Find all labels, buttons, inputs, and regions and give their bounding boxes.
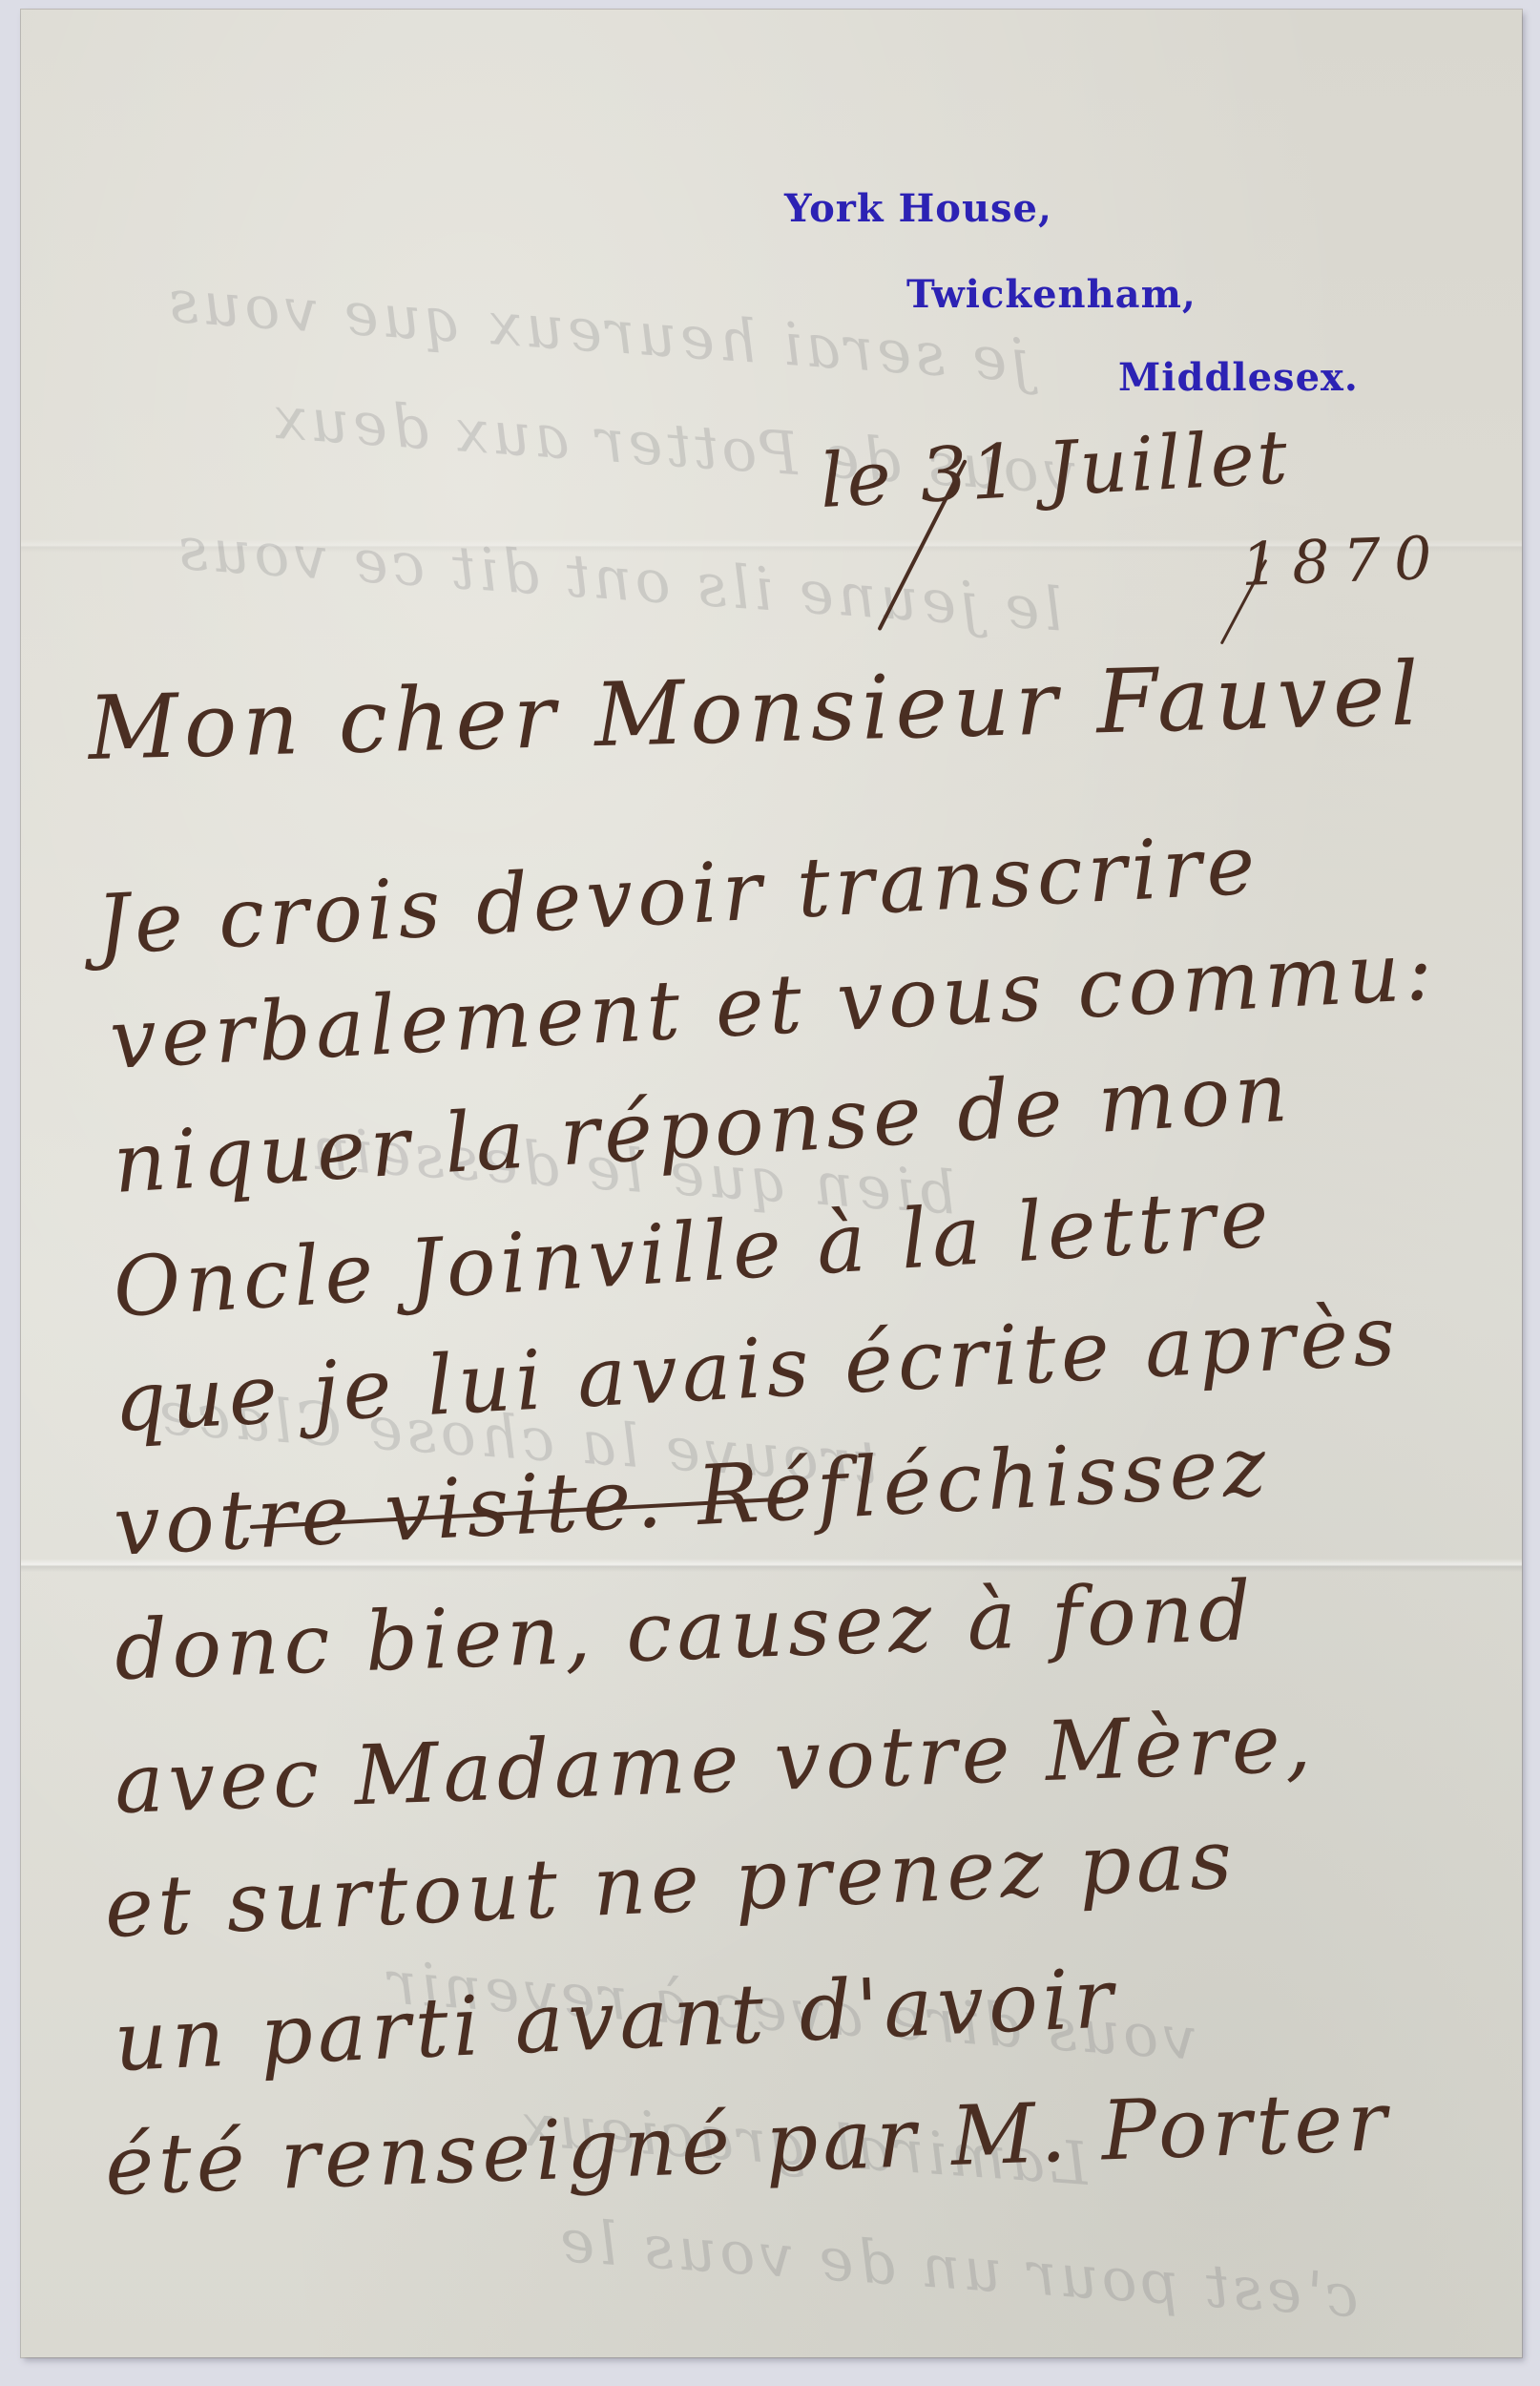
showthrough-text: le jeune ils ont dit ce vous bbox=[173, 513, 1066, 645]
salutation: Mon cher Monsieur Fauvel bbox=[87, 642, 1426, 780]
letterhead-line-3: Middlesex. bbox=[1118, 355, 1359, 400]
letterhead-line-2: Twickenham, bbox=[906, 272, 1197, 317]
letter-paper: je serai heureux que vous vous de Potter… bbox=[21, 10, 1522, 2357]
showthrough-text: c'est pour un de vous le bbox=[553, 2206, 1361, 2332]
body-line-7: donc bien, causez à fond bbox=[114, 1563, 1258, 1699]
showthrough-text: je serai heureux que vous bbox=[163, 265, 1032, 395]
body-line-11: été renseigné par M. Porter bbox=[104, 2074, 1393, 2214]
letter-year: 1870 bbox=[1239, 523, 1446, 599]
body-line-8: avec Madame votre Mère, bbox=[114, 1695, 1318, 1832]
letterhead-line-1: York House, bbox=[784, 186, 1052, 231]
body-line-6: votre visite. Réfléchissez bbox=[112, 1419, 1273, 1575]
body-line-9: et surtout ne prenez pas bbox=[103, 1811, 1238, 1957]
body-line-10: un parti avant d'avoir bbox=[113, 1951, 1120, 2090]
letter-date: le 31 Juillet bbox=[818, 414, 1292, 525]
